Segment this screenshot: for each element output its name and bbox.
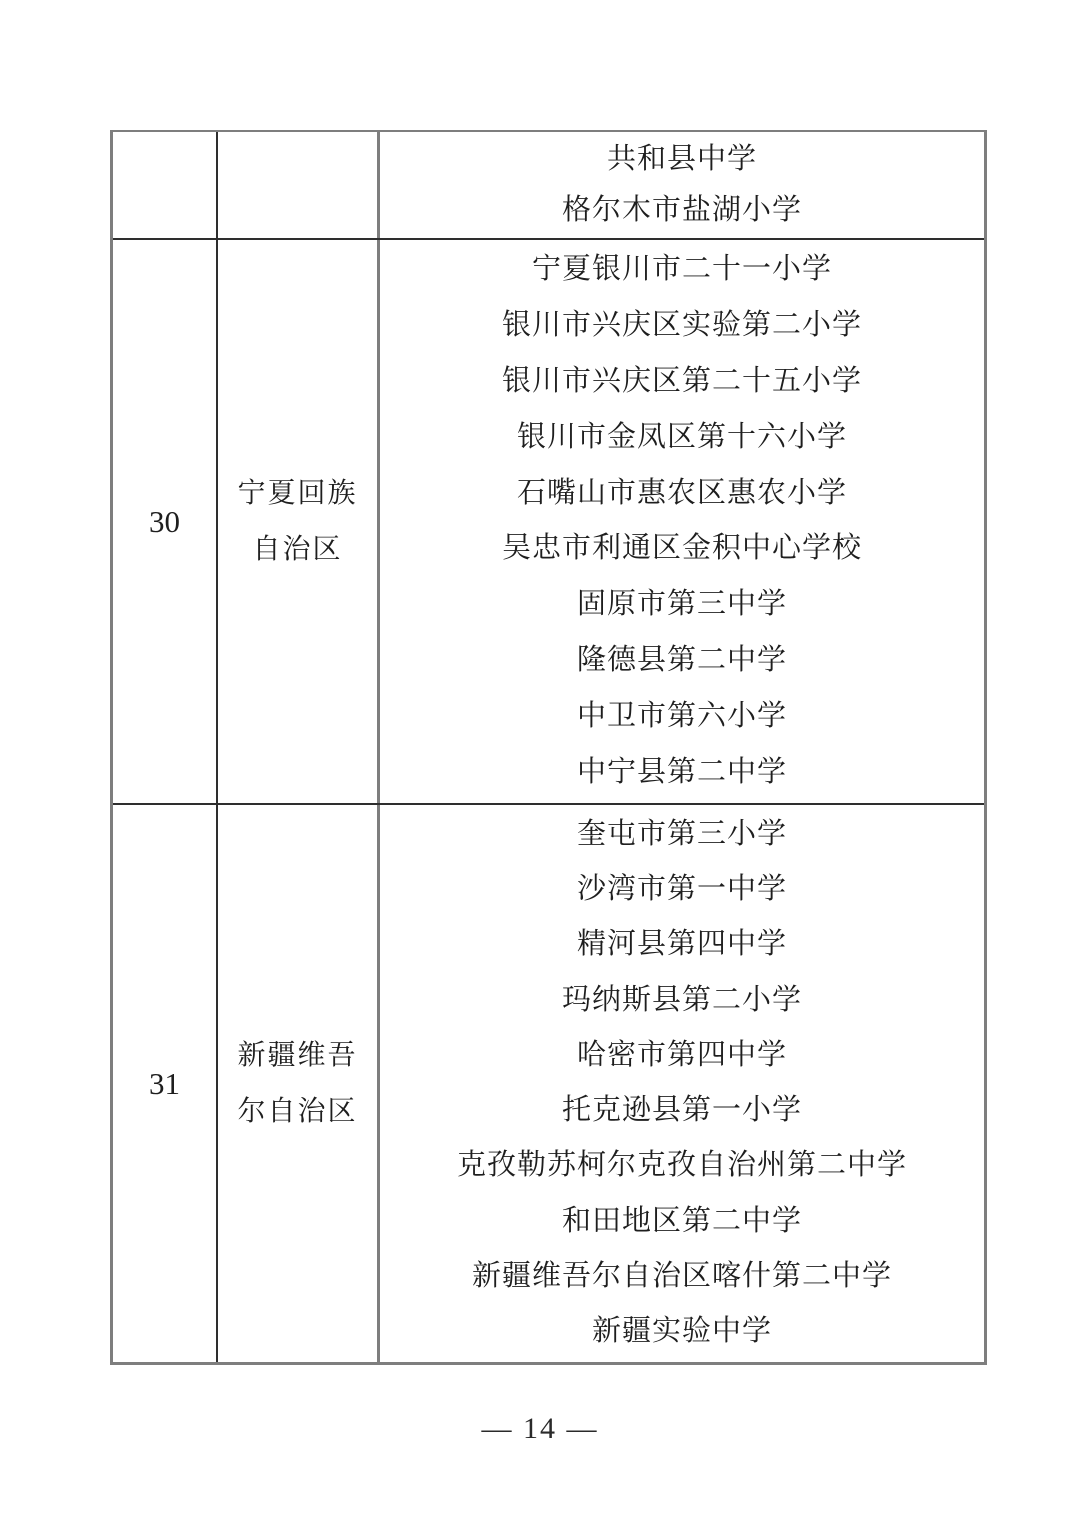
- school-name: 精河县第四中学: [380, 929, 984, 961]
- school-name: 沙湾市第一中学: [380, 874, 984, 906]
- page-number: — 14 —: [0, 1412, 1080, 1446]
- school-list-cell: 奎屯市第三小学沙湾市第一中学精河县第四中学玛纳斯县第二小学哈密市第四中学托克逊县…: [380, 805, 984, 1362]
- school-list-cell: 共和县中学格尔木市盐湖小学: [380, 132, 984, 238]
- region-cell: 新疆维吾尔自治区: [218, 805, 380, 1362]
- school-name: 共和县中学: [380, 144, 984, 176]
- school-name: 石嘴山市惠农区惠农小学: [380, 478, 984, 510]
- school-name: 中宁县第二中学: [380, 757, 984, 789]
- school-name: 银川市兴庆区实验第二小学: [380, 310, 984, 342]
- row-number-cell: 31: [113, 805, 218, 1362]
- school-name: 银川市金凤区第十六小学: [380, 422, 984, 454]
- region-name-line: 宁夏回族: [237, 466, 357, 522]
- school-name: 克孜勒苏柯尔克孜自治州第二中学: [380, 1150, 984, 1182]
- row-number-cell: 30: [113, 240, 218, 803]
- school-name: 奎屯市第三小学: [380, 819, 984, 851]
- school-name: 新疆维吾尔自治区喀什第二中学: [380, 1261, 984, 1293]
- school-name: 固原市第三中学: [380, 589, 984, 621]
- school-name: 格尔木市盐湖小学: [380, 195, 984, 227]
- school-name: 玛纳斯县第二小学: [380, 985, 984, 1017]
- school-name: 托克逊县第一小学: [380, 1095, 984, 1127]
- school-name: 隆德县第二中学: [380, 645, 984, 677]
- row-number-cell: [113, 132, 218, 238]
- region-schools-table: 共和县中学格尔木市盐湖小学30宁夏回族自治区宁夏银川市二十一小学银川市兴庆区实验…: [110, 130, 987, 1365]
- table-row: 共和县中学格尔木市盐湖小学: [113, 132, 984, 238]
- region-name-line: 尔自治区: [237, 1084, 357, 1140]
- school-name: 新疆实验中学: [380, 1316, 984, 1348]
- school-name: 银川市兴庆区第二十五小学: [380, 366, 984, 398]
- region-cell: 宁夏回族自治区: [218, 240, 380, 803]
- school-name: 吴忠市利通区金积中心学校: [380, 533, 984, 565]
- table-row: 31新疆维吾尔自治区奎屯市第三小学沙湾市第一中学精河县第四中学玛纳斯县第二小学哈…: [113, 803, 984, 1362]
- document-page: 共和县中学格尔木市盐湖小学30宁夏回族自治区宁夏银川市二十一小学银川市兴庆区实验…: [0, 0, 1080, 1526]
- region-cell: [218, 132, 380, 238]
- region-name-line: 新疆维吾: [237, 1028, 357, 1084]
- school-name: 哈密市第四中学: [380, 1040, 984, 1072]
- school-name: 中卫市第六小学: [380, 701, 984, 733]
- school-name: 和田地区第二中学: [380, 1206, 984, 1238]
- school-name: 宁夏银川市二十一小学: [380, 254, 984, 286]
- school-list-cell: 宁夏银川市二十一小学银川市兴庆区实验第二小学银川市兴庆区第二十五小学银川市金凤区…: [380, 240, 984, 803]
- region-name-line: 自治区: [252, 522, 342, 578]
- table-row: 30宁夏回族自治区宁夏银川市二十一小学银川市兴庆区实验第二小学银川市兴庆区第二十…: [113, 238, 984, 803]
